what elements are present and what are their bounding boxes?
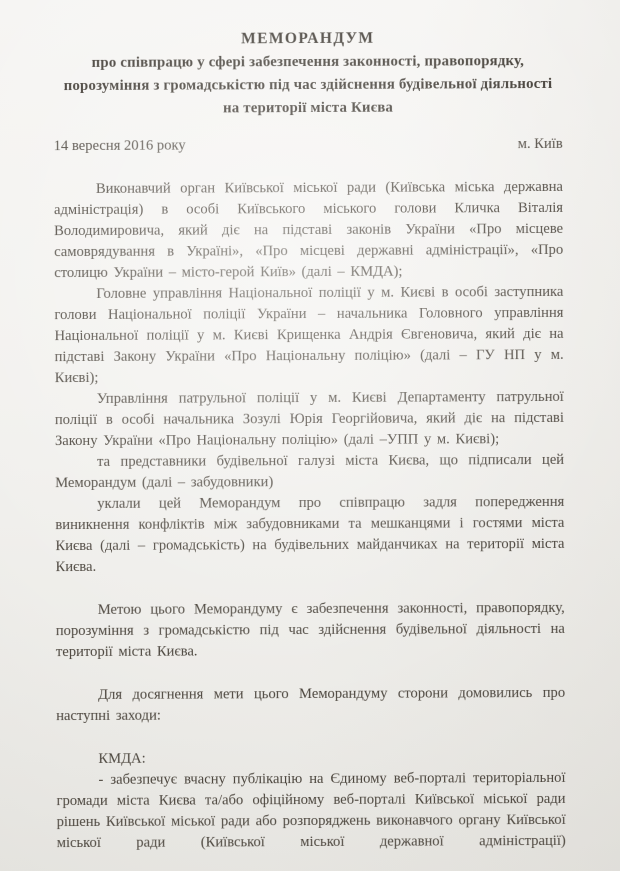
paragraph-measures-intro: Для досягнення мети цього Меморандуму ст… bbox=[56, 683, 565, 727]
document-date: 14 вересня 2016 року bbox=[54, 136, 186, 158]
document-subtitle-line-2: порозуміння з громадськістю під час здій… bbox=[53, 73, 562, 98]
paragraph-purpose: Метою цього Меморандуму є забезпечення з… bbox=[56, 598, 565, 663]
paragraph-party-developers: та представники будівельної галузі міста… bbox=[55, 450, 564, 494]
document-header: МЕМОРАНДУМ про співпрацю у сфері забезпе… bbox=[53, 26, 562, 121]
paragraph-party-gu-np: Головне управління Національної поліції … bbox=[54, 282, 563, 389]
paragraph-kmda-commitment: - забезпечує вчасну публікацію на Єдином… bbox=[56, 768, 565, 854]
document-place: м. Київ bbox=[518, 134, 563, 155]
document-subtitle-line-1: про співпрацю у сфері забезпечення закон… bbox=[53, 50, 562, 75]
section-heading-kmda: КМДА: bbox=[56, 747, 565, 770]
memorandum-page: МЕМОРАНДУМ про співпрацю у сфері забезпе… bbox=[53, 26, 566, 854]
paragraph-conclusion: уклали цей Меморандум про співпрацю задл… bbox=[55, 492, 564, 578]
document-subtitle-line-3: на території міста Києва bbox=[54, 96, 563, 121]
paragraph-party-upp: Управління патрульної поліції у м. Києві… bbox=[55, 387, 564, 452]
document-photo: МЕМОРАНДУМ про співпрацю у сфері забезпе… bbox=[0, 0, 620, 871]
dateline: 14 вересня 2016 року м. Київ bbox=[54, 134, 563, 157]
document-title: МЕМОРАНДУМ bbox=[53, 26, 562, 51]
paragraph-party-kmda: Виконавчий орган Київської міської ради … bbox=[54, 177, 563, 284]
